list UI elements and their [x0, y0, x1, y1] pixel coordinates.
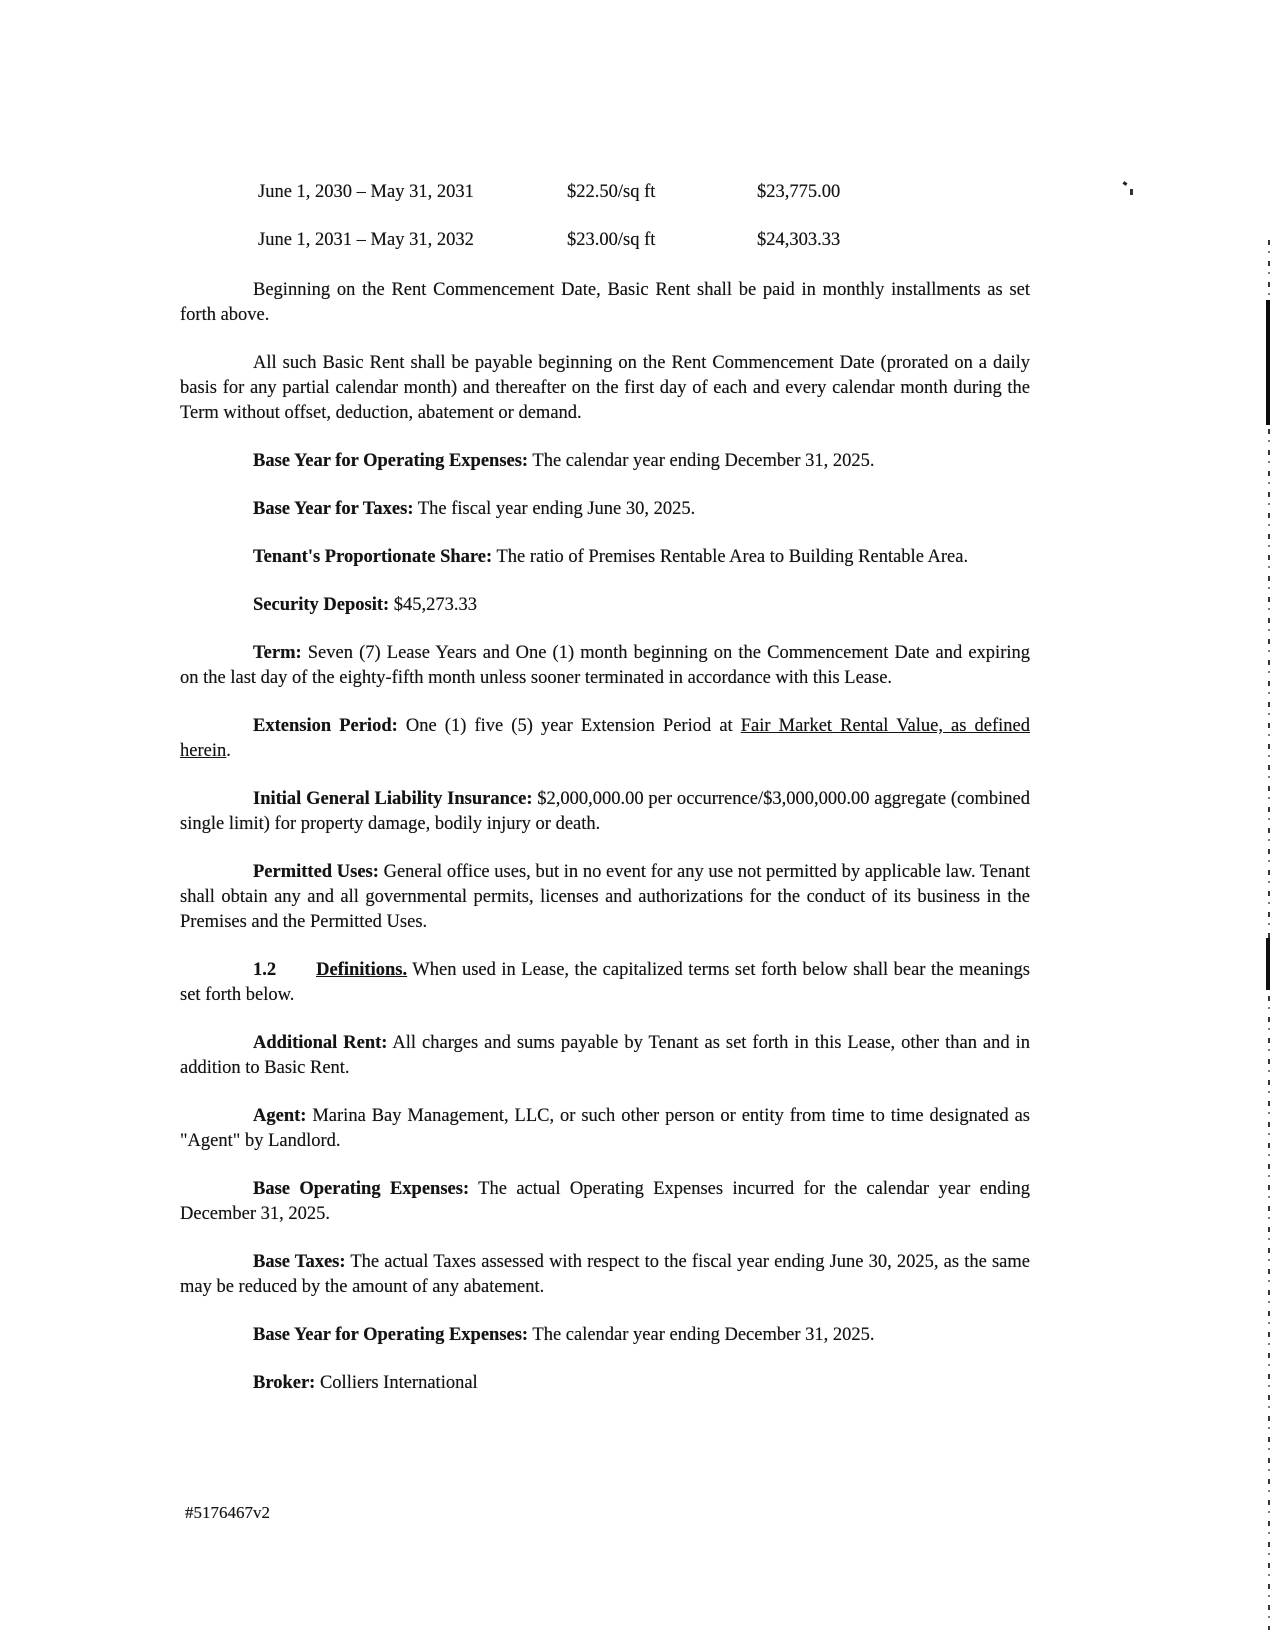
rent-schedule-table: June 1, 2030 – May 31, 2031 $22.50/sq ft…	[180, 180, 1030, 253]
footer-document-number: #5176467v2	[185, 1502, 270, 1524]
term-initial-general-liability-insurance: Initial General Liability Insurance: $2,…	[180, 787, 1030, 837]
term-label: Security Deposit:	[253, 595, 389, 615]
scan-artifact-solid-segment	[1266, 938, 1270, 990]
definition-label: Broker:	[253, 1373, 315, 1393]
term-extension-period: Extension Period: One (1) five (5) year …	[180, 714, 1030, 764]
definition-text: Marina Bay Management, LLC, or such othe…	[180, 1106, 1030, 1151]
term-tenants-proportionate-share: Tenant's Proportionate Share: The ratio …	[180, 545, 1030, 570]
document-body: June 1, 2030 – May 31, 2031 $22.50/sq ft…	[180, 180, 1030, 1396]
term-label: Initial General Liability Insurance:	[253, 789, 533, 809]
definition-base-operating-expenses: Base Operating Expenses: The actual Oper…	[180, 1177, 1030, 1227]
rent-rate-cell: $23.00/sq ft	[567, 228, 757, 253]
term-label: Tenant's Proportionate Share:	[253, 547, 492, 567]
table-row: June 1, 2030 – May 31, 2031 $22.50/sq ft…	[180, 180, 1030, 205]
definition-base-taxes: Base Taxes: The actual Taxes assessed wi…	[180, 1250, 1030, 1300]
table-row: June 1, 2031 – May 31, 2032 $23.00/sq ft…	[180, 228, 1030, 253]
term-label: Extension Period:	[253, 716, 398, 736]
paragraph-beginning-rent: Beginning on the Rent Commencement Date,…	[180, 278, 1030, 328]
definition-text: Colliers International	[320, 1373, 478, 1393]
section-number: 1.2	[253, 960, 276, 980]
section-1-2-definitions: 1.2Definitions. When used in Lease, the …	[180, 958, 1030, 1008]
definition-broker: Broker: Colliers International	[180, 1371, 1030, 1396]
term-text: One (1) five (5) year Extension Period a…	[406, 716, 741, 736]
lease-document-page: June 1, 2030 – May 31, 2031 $22.50/sq ft…	[0, 0, 1275, 1650]
definition-base-year-operating-expenses: Base Year for Operating Expenses: The ca…	[180, 1323, 1030, 1348]
definition-additional-rent: Additional Rent: All charges and sums pa…	[180, 1031, 1030, 1081]
term-text: The ratio of Premises Rentable Area to B…	[496, 547, 968, 567]
term-security-deposit: Security Deposit: $45,273.33	[180, 593, 1030, 618]
definition-label: Additional Rent:	[253, 1033, 387, 1053]
definition-text: The calendar year ending December 31, 20…	[532, 1325, 874, 1345]
definition-agent: Agent: Marina Bay Management, LLC, or su…	[180, 1104, 1030, 1154]
term-text-tail: .	[226, 741, 231, 761]
definition-label: Base Operating Expenses:	[253, 1179, 469, 1199]
term-permitted-uses: Permitted Uses: General office uses, but…	[180, 860, 1030, 935]
scan-artifact-solid-segment	[1266, 300, 1270, 425]
rent-period-cell: June 1, 2031 – May 31, 2032	[180, 228, 567, 253]
scan-artifact-speck	[1123, 181, 1128, 186]
term-label: Base Year for Operating Expenses:	[253, 451, 528, 471]
rent-rate-cell: $22.50/sq ft	[567, 180, 757, 205]
paragraph-payable-rent: All such Basic Rent shall be payable beg…	[180, 351, 1030, 426]
section-text: When used in Lease, the capitalized term…	[180, 960, 1030, 1005]
term-label: Permitted Uses:	[253, 862, 379, 882]
term-label: Base Year for Taxes:	[253, 499, 414, 519]
definition-label: Base Taxes:	[253, 1252, 346, 1272]
term-text: Seven (7) Lease Years and One (1) month …	[180, 643, 1030, 688]
scan-artifact-speck	[1130, 189, 1133, 195]
definition-label: Agent:	[253, 1106, 306, 1126]
term-text: The fiscal year ending June 30, 2025.	[418, 499, 695, 519]
definition-label: Base Year for Operating Expenses:	[253, 1325, 528, 1345]
term-lease-term: Term: Seven (7) Lease Years and One (1) …	[180, 641, 1030, 691]
term-label: Term:	[253, 643, 302, 663]
scan-artifact-dashed-line	[1268, 240, 1270, 1630]
term-base-year-taxes: Base Year for Taxes: The fiscal year end…	[180, 497, 1030, 522]
rent-amount-cell: $24,303.33	[757, 228, 1030, 253]
rent-period-cell: June 1, 2030 – May 31, 2031	[180, 180, 567, 205]
term-text: $45,273.33	[394, 595, 477, 615]
rent-amount-cell: $23,775.00	[757, 180, 1030, 205]
section-heading: Definitions.	[316, 960, 407, 980]
term-text: The calendar year ending December 31, 20…	[532, 451, 874, 471]
term-base-year-operating-expenses: Base Year for Operating Expenses: The ca…	[180, 449, 1030, 474]
